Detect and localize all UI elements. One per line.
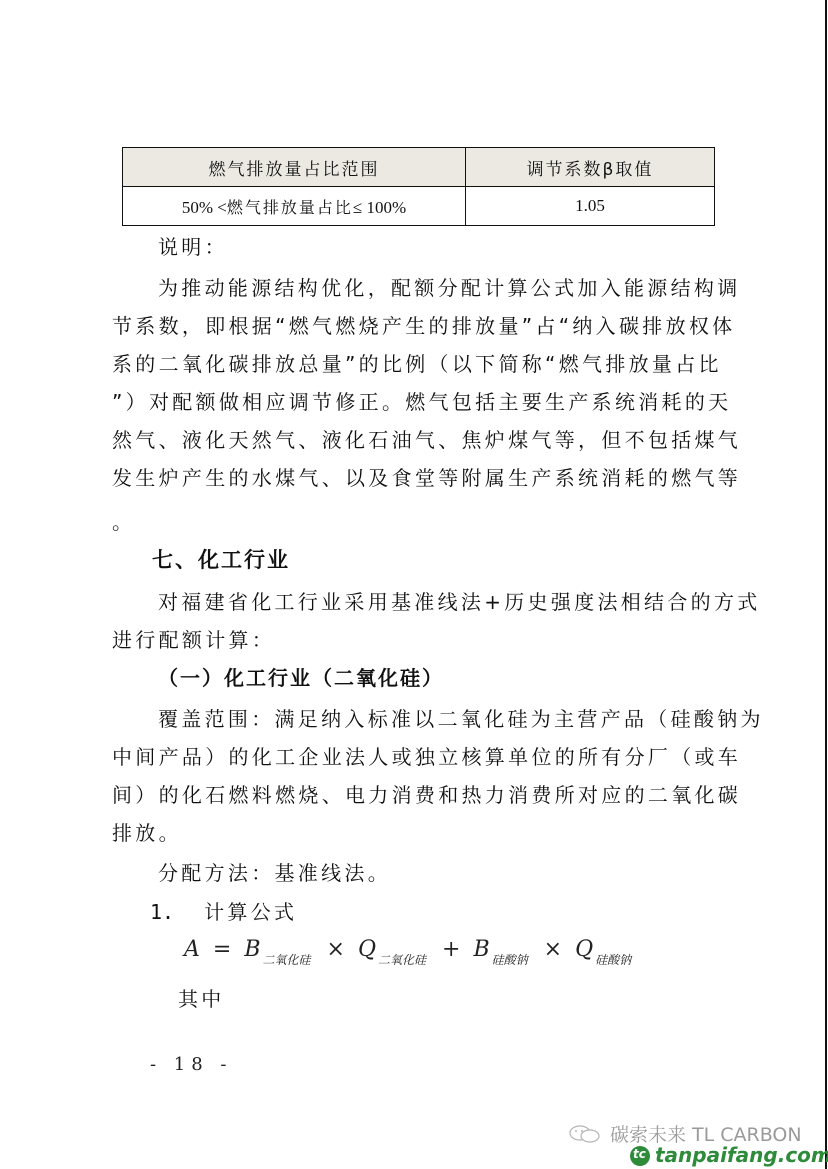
formula-subscript: 二氧化硅 <box>263 953 311 967</box>
explanation-line: 。 <box>112 503 720 541</box>
range-suffix: ≤ 100% <box>353 198 406 217</box>
explanation-line: 然气、液化天然气、液化石油气、焦炉煤气等，但不包括煤气 <box>112 421 720 459</box>
tanpaifang-logo-icon <box>630 1146 650 1166</box>
formula-times: × <box>544 937 562 962</box>
explanation-line: 发生炉产生的水煤气、以及食堂等附属生产系统消耗的燃气等 <box>112 459 720 497</box>
table-row: 50% <燃气排放量占比≤ 100% 1.05 <box>123 187 715 226</box>
section-intro-line: 进行配额计算： <box>112 621 720 659</box>
explanation-line: ”）对配额做相应调节修正。燃气包括主要生产系统消耗的天 <box>112 383 720 421</box>
site-part1: tanpai <box>655 1143 727 1167</box>
explanation-line: 为推动能源结构优化，配额分配计算公式加入能源结构调 <box>158 269 766 307</box>
formula-lhs: A <box>184 937 200 962</box>
beta-coefficient-table: 燃气排放量占比范围 调节系数β取值 50% <燃气排放量占比≤ 100% 1.0… <box>122 147 715 226</box>
step-number: 1. <box>150 900 174 924</box>
formula-var: B <box>473 937 489 962</box>
site-part2: fang.com <box>727 1143 828 1167</box>
step-heading: 1.计算公式 <box>150 893 758 931</box>
explanation-label: 说明： <box>158 228 766 266</box>
watermark: 碳索未来 TL CARBON tanpaifang.com <box>568 1120 808 1165</box>
range-prefix: 50% < <box>182 198 227 217</box>
explanation-line: 节系数，即根据“燃气燃烧产生的排放量”占“纳入碳排放权体 <box>112 307 720 345</box>
formula-subscript: 二氧化硅 <box>378 953 426 967</box>
step-title: 计算公式 <box>204 900 297 924</box>
formula-var: Q <box>575 937 593 962</box>
explanation-line: 系的二氧化碳排放总量”的比例（以下简称“燃气排放量占比 <box>112 345 720 383</box>
page-number: - 18 - <box>150 1054 233 1075</box>
formula-subscript: 硅酸钠 <box>492 953 528 967</box>
coverage-line: 间）的化石燃料燃烧、电力消费和热力消费所对应的二氧化碳 <box>112 776 720 814</box>
formula-var: Q <box>358 937 376 962</box>
page-edge-rule <box>825 0 827 1169</box>
subsection-title: （一）化工行业（二氧化硅） <box>158 659 766 697</box>
formula-subscript: 硅酸钠 <box>595 953 631 967</box>
coverage-line: 排放。 <box>112 814 720 852</box>
formula-equals: = <box>213 937 231 962</box>
allocation-method: 分配方法：基准线法。 <box>158 854 766 892</box>
range-text: 燃气排放量占比 <box>227 198 353 217</box>
wechat-icon <box>568 1124 602 1144</box>
formula-plus: + <box>442 937 460 962</box>
header-beta-value: 调节系数β取值 <box>466 148 715 187</box>
where-label: 其中 <box>178 980 786 1018</box>
allocation-formula: A = B二氧化硅 × Q二氧化硅 + B硅酸钠 × Q硅酸钠 <box>184 937 634 968</box>
cell-gas-share-range: 50% <燃气排放量占比≤ 100% <box>123 187 466 226</box>
section-intro-line: 对福建省化工行业采用基准线法+历史强度法相结合的方式 <box>158 583 766 621</box>
header-gas-share-range: 燃气排放量占比范围 <box>123 148 466 187</box>
coverage-line: 覆盖范围：满足纳入标准以二氧化硅为主营产品（硅酸钠为 <box>158 700 766 738</box>
watermark-site: tanpaifang.com <box>655 1143 828 1167</box>
watermark-site-line: tanpaifang.com <box>630 1143 828 1167</box>
table-header-row: 燃气排放量占比范围 调节系数β取值 <box>123 148 715 187</box>
cell-beta-value: 1.05 <box>466 187 715 226</box>
coverage-line: 中间产品）的化工企业法人或独立核算单位的所有分厂（或车 <box>112 738 720 776</box>
section-title: 七、化工行业 <box>152 541 760 579</box>
formula-times: × <box>327 937 345 962</box>
formula-var: B <box>244 937 260 962</box>
